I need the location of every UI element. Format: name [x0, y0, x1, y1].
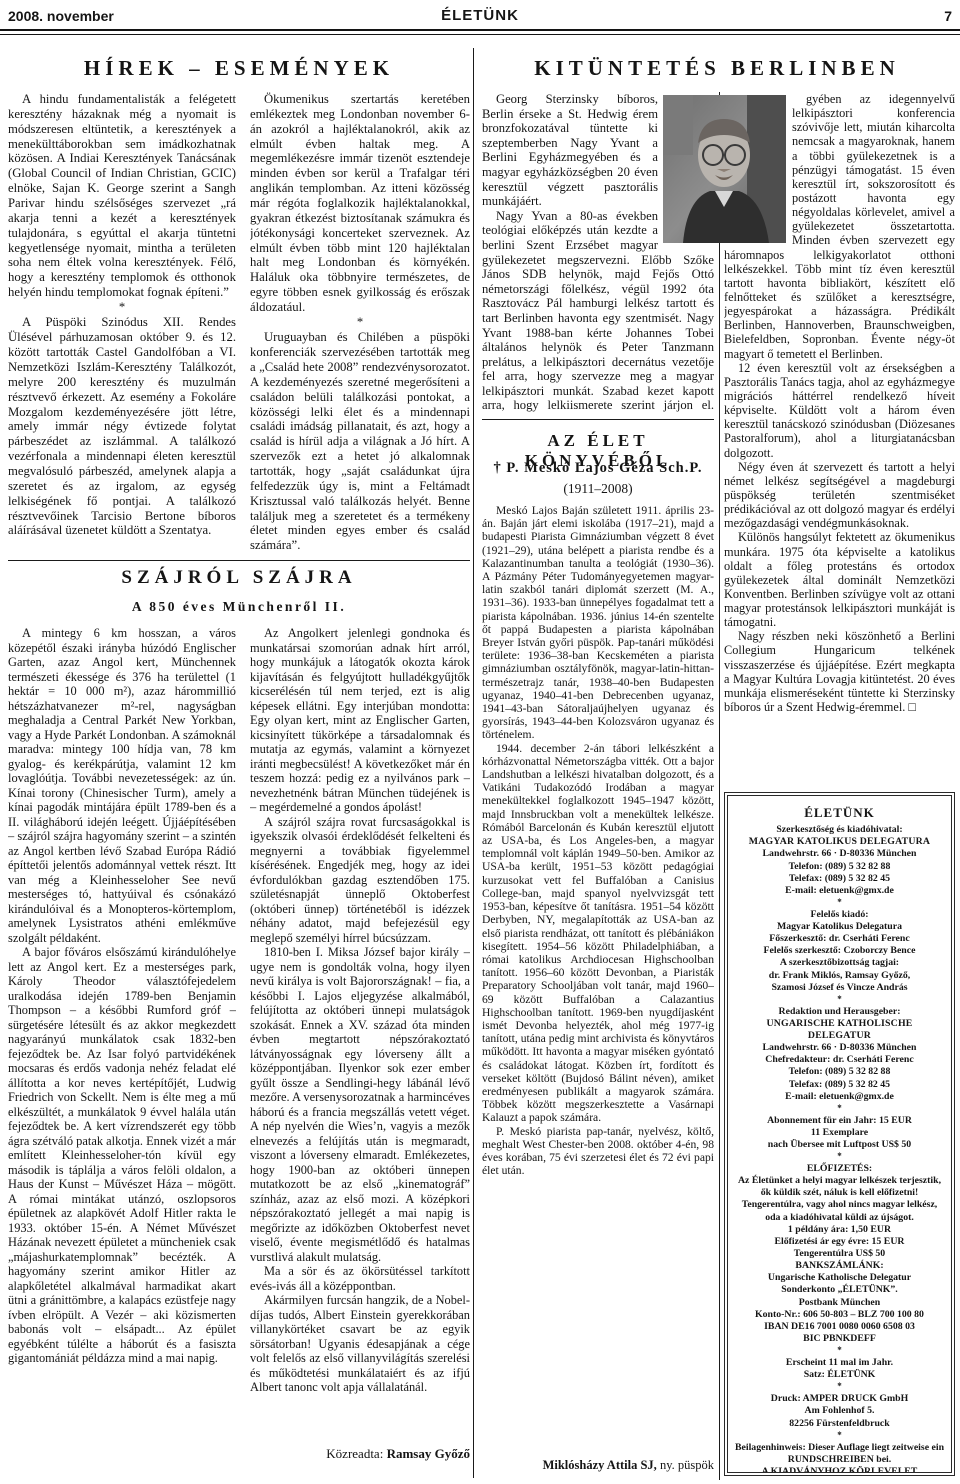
impressum-line: Tengerentúlra US$ 50 — [734, 1248, 945, 1260]
szajrol-byline: Közreadta: Ramsay Győző — [250, 1446, 470, 1462]
impressum-line: ELŐFIZETÉS: — [734, 1163, 945, 1175]
impressum-line: Am Fohlenhof 5. — [734, 1405, 945, 1417]
byline-author: Ramsay Győző — [387, 1446, 470, 1461]
hirek-column-2: Ökumenikus szertartás keretében emlékezt… — [250, 92, 470, 556]
newspaper-page: 2008. november ÉLETÜNK 7 HÍREK – ESEMÉNY… — [0, 0, 960, 1484]
impressum-line: Szamosi József és Vincze András — [734, 982, 945, 994]
impressum-line: Ungarische Katholische Delegatur — [734, 1272, 945, 1284]
impressum-line: Az Életünket a helyi magyar lelkészek te… — [734, 1175, 945, 1199]
paragraph: 12 éven keresztül volt az érsekségben a … — [724, 361, 955, 460]
hirek-column-1: A hindu fundamentalisták a felégetett ke… — [8, 92, 236, 556]
impressum-line: * — [734, 1104, 945, 1114]
impressum-line: BIC PBNKDEFF — [734, 1333, 945, 1345]
paragraph: * — [8, 301, 236, 314]
paragraph: Meskó Lajos Baján született 1911. áprili… — [482, 504, 714, 742]
impressum-line: Felelős kiadó: — [734, 909, 945, 921]
paragraph: A hindu fundamentalisták a felégetett ke… — [8, 92, 236, 300]
paragraph: Nagy részben neki köszönhető a Berlini C… — [724, 629, 955, 714]
paragraph: 1944. december 2-án tábori lelkészként a… — [482, 742, 714, 1125]
impressum-line: Telefon: (089) 5 32 82 88 — [734, 1066, 945, 1078]
section-title-hirek: HÍREK – ESEMÉNYEK — [8, 56, 470, 81]
impressum-line: E-mail: eletuenk@gmx.de — [734, 1091, 945, 1103]
impressum-line: A KIADVÁNYHOZ KÖRLEVELET MELLÉKELTÜNK. — [734, 1466, 945, 1476]
impressum-line: E-mail: eletuenk@gmx.de — [734, 885, 945, 897]
impressum-line: Landwehrstr. 66 · D-80336 München — [734, 1042, 945, 1054]
impressum-line: 82256 Fürstenfeldbruck — [734, 1418, 945, 1430]
impressum-line: Sonderkonto „ÉLETÜNK”. — [734, 1284, 945, 1296]
obituary-byline: Miklósházy Attila SJ, ny. püspök — [482, 1458, 714, 1473]
paragraph: Ma a sör és az ökörsütéssel tarkított ev… — [250, 1264, 470, 1293]
paragraph: A bajor főváros elsőszámú kirándulóhelye… — [8, 945, 236, 1366]
impressum-line: * — [734, 1346, 945, 1356]
byline-author: Miklósházy Attila SJ, — [543, 1458, 657, 1472]
impressum-line: Főszerkesztő: dr. Cserháti Ferenc — [734, 933, 945, 945]
byline-label: Közreadta: — [326, 1446, 386, 1461]
impressum-line: BANKSZÁMLÁNK: — [734, 1260, 945, 1272]
impressum-line: Előfizetési ár egy évre: 15 EUR — [734, 1236, 945, 1248]
paragraph: Akármilyen furcsán hangzik, de a Nobel-d… — [250, 1293, 470, 1395]
impressum-line: Landwehrstr. 66 · D-80336 München — [734, 848, 945, 860]
paragraph: Az Angolkert jelenlegi gondnoka és munka… — [250, 626, 470, 815]
impressum-line: 11 Exemplare — [734, 1127, 945, 1139]
obituary-years: (1911–2008) — [482, 481, 714, 497]
paragraph: A szájról szájra rovat furcsaságokkal is… — [250, 815, 470, 946]
masthead-title: ÉLETÜNK — [0, 7, 960, 24]
paragraph: Uruguayban és Chilében a püspöki konfere… — [250, 330, 470, 553]
impressum-line: UNGARISCHE KATHOLISCHE DELEGATUR — [734, 1018, 945, 1042]
impressum-line: * — [734, 1152, 945, 1162]
impressum-line: Beilagenhinweis: Dieser Auflage liegt ze… — [734, 1442, 945, 1466]
obituary-name: † P. Meskó Lajos Géza Sch.P. — [482, 460, 714, 477]
portrait-photo-graphic — [663, 95, 786, 243]
impressum-line: dr. Frank Miklós, Ramsay Győző, — [734, 970, 945, 982]
impressum-line: Konto-Nr.: 606 50-803 – BLZ 700 100 80 — [734, 1309, 945, 1321]
column-divider-right — [719, 92, 720, 1480]
impressum-line: Abonnement für ein Jahr: 15 EUR — [734, 1115, 945, 1127]
impressum-line: Tengerentúlra, vagy ahol nincs magyar le… — [734, 1199, 945, 1223]
impressum-line: Postbank München — [734, 1297, 945, 1309]
paragraph: Különös hangsúlyt fektetett az ökumeniku… — [724, 530, 955, 629]
impressum-box: ÉLETÜNKSzerkesztőség és kiadóhivatal:MAG… — [724, 792, 955, 1476]
portrait-photo — [663, 95, 786, 243]
impressum-line: Redaktion und Herausgeber: — [734, 1006, 945, 1018]
impressum-line: nach Übersee mit Luftpost US$ 50 — [734, 1139, 945, 1151]
impressum-line: 1 példány ára: 1,50 EUR — [734, 1224, 945, 1236]
paragraph: P. Meskó piarista pap-tanár, nyelvész, k… — [482, 1125, 714, 1178]
impressum-line: Erscheint 11 mal im Jahr. — [734, 1357, 945, 1369]
impressum-line: Szerkesztőség és kiadóhivatal: — [734, 824, 945, 836]
impressum-line: * — [734, 995, 945, 1005]
impressum-line: * — [734, 1382, 945, 1392]
impressum-line: Chefredakteur: dr. Cserháti Ferenc — [734, 1054, 945, 1066]
impressum-line: Telefax: (089) 5 32 82 45 — [734, 1079, 945, 1091]
obituary-body: Meskó Lajos Baján született 1911. áprili… — [482, 504, 714, 1454]
byline-suffix: ny. püspök — [657, 1458, 714, 1472]
impressum-line: Telefax: (089) 5 32 82 45 — [734, 873, 945, 885]
paragraph: 1810-ben I. Miksa József bajor király – … — [250, 945, 470, 1264]
header-double-rule — [0, 29, 960, 35]
paragraph: Négy éven át szervezett és tartott a hel… — [724, 460, 955, 531]
paragraph: Ökumenikus szertartás keretében emlékezt… — [250, 92, 470, 315]
paragraph: * — [250, 316, 470, 329]
impressum-line: IBAN DE16 7001 0080 0060 6508 03 — [734, 1321, 945, 1333]
impressum-line: * — [734, 1431, 945, 1441]
impressum-line: Telefon: (089) 5 32 82 88 — [734, 861, 945, 873]
impressum-line: A szerkesztőbizottság tagjai: — [734, 957, 945, 969]
impressum-line: Magyar Katolikus Delegatura — [734, 921, 945, 933]
paragraph: A Püspöki Szinódus XII. Rendes Ülésével … — [8, 315, 236, 538]
impressum-line: Felelős szerkesztő: Czoborczy Bence — [734, 945, 945, 957]
szajrol-subtitle: A 850 éves Münchenről II. — [8, 599, 470, 615]
impressum-line: MAGYAR KATOLIKUS DELEGATURA — [734, 836, 945, 848]
paragraph: A mintegy 6 km hosszan, a város közepétő… — [8, 626, 236, 945]
section-title-kituntetes: KITÜNTETÉS BERLINBEN — [478, 56, 956, 81]
section-divider-rule — [8, 560, 470, 561]
szajrol-column-2: Az Angolkert jelenlegi gondnoka és munka… — [250, 626, 470, 1442]
impressum-line: Satz: ÉLETÜNK — [734, 1369, 945, 1381]
obituary-divider-rule — [482, 419, 714, 420]
page-number: 7 — [944, 8, 952, 24]
impressum-line: * — [734, 898, 945, 908]
section-title-szajrol: SZÁJRÓL SZÁJRA — [8, 567, 470, 589]
column-divider-main — [473, 48, 474, 1478]
impressum-line: ÉLETÜNK — [734, 805, 945, 821]
impressum-line: Druck: AMPER DRUCK GmbH — [734, 1393, 945, 1405]
szajrol-column-1: A mintegy 6 km hosszan, a város közepétő… — [8, 626, 236, 1478]
